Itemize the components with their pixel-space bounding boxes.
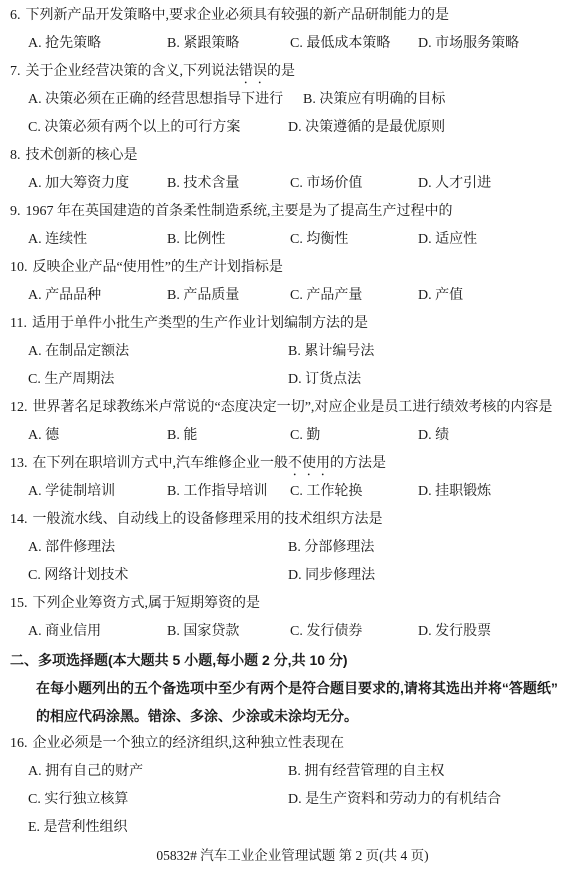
- question-stem-text: 一般流水线、自动线上的设备修理采用的技术组织方法是: [33, 512, 383, 527]
- answer-option: A. 拥有自己的财产: [28, 758, 288, 786]
- question-stem: 10.反映企业产品“使用性”的生产计划指标是: [0, 254, 585, 282]
- question-stem-text: 反映企业产品“使用性”的生产计划指标是: [33, 260, 283, 275]
- question-stem: 15.下列企业筹资方式,属于短期筹资的是: [0, 590, 585, 618]
- section-instructions-line: 在每小题列出的五个备选项中至少有两个是符合题目要求的,请将其选出并将“答题纸”: [0, 674, 585, 702]
- option-row: A. 拥有自己的财产B. 拥有经营管理的自主权: [0, 758, 585, 786]
- answer-option: D. 发行股票: [418, 618, 585, 646]
- section-instructions-line: 的相应代码涂黑。错涂、多涂、少涂或未涂均无分。: [0, 702, 585, 730]
- question-stem-text: 关于企业经营决策的含义,下列说法: [26, 64, 240, 79]
- option-row: C. 实行独立核算D. 是生产资料和劳动力的有机结合: [0, 786, 585, 814]
- option-row: A. 连续性B. 比例性C. 均衡性D. 适应性: [0, 226, 585, 254]
- question-stem: 12.世界著名足球教练米卢常说的“态度决定一切”,对应企业是员工进行绩效考核的内…: [0, 394, 585, 422]
- question-stem: 16.企业必须是一个独立的经济组织,这种独立性表现在: [0, 730, 585, 758]
- answer-option: A. 部件修理法: [28, 534, 288, 562]
- option-row: A. 决策必须在正确的经营思想指导下进行B. 决策应有明确的目标: [0, 86, 585, 114]
- question-stem-text: 下列企业筹资方式,属于短期筹资的是: [33, 596, 261, 611]
- answer-option: B. 拥有经营管理的自主权: [288, 758, 585, 786]
- option-row: A. 学徒制培训B. 工作指导培训C. 工作轮换D. 挂职锻炼: [0, 478, 585, 506]
- question-stem: 11.适用于单件小批生产类型的生产作业计划编制方法的是: [0, 310, 585, 338]
- answer-option: A. 商业信用: [28, 618, 167, 646]
- answer-option: C. 产品产量: [290, 282, 418, 310]
- answer-option: D. 适应性: [418, 226, 585, 254]
- answer-option: D. 挂职锻炼: [418, 478, 585, 506]
- question-number: 12.: [10, 400, 28, 415]
- answer-option: D. 市场服务策略: [418, 30, 585, 58]
- question-stem-text: 的是: [267, 64, 295, 79]
- question-stem-text: 世界著名足球教练米卢常说的“态度决定一切”,对应企业是员工进行绩效考核的内容是: [33, 400, 553, 415]
- answer-option: A. 学徒制培训: [28, 478, 167, 506]
- option-row: A. 商业信用B. 国家贷款C. 发行债券D. 发行股票: [0, 618, 585, 646]
- question-stem: 6.下列新产品开发策略中,要求企业必须具有较强的新产品研制能力的是: [0, 2, 585, 30]
- question-number: 11.: [10, 316, 27, 331]
- question-stem-text: 1967 年在英国建造的首条柔性制造系统,主要是为了提高生产过程中的: [26, 204, 453, 219]
- option-row: C. 网络计划技术D. 同步修理法: [0, 562, 585, 590]
- question-number: 15.: [10, 596, 28, 611]
- answer-option: C. 实行独立核算: [28, 786, 288, 814]
- question-number: 6.: [10, 8, 21, 23]
- answer-option: C. 均衡性: [290, 226, 418, 254]
- answer-option: D. 决策遵循的是最优原则: [288, 114, 585, 142]
- question-stem-text: 技术创新的核心是: [26, 148, 138, 163]
- exam-page: 6.下列新产品开发策略中,要求企业必须具有较强的新产品研制能力的是A. 抢先策略…: [0, 0, 585, 885]
- answer-option: C. 最低成本策略: [290, 30, 418, 58]
- page-footer: 05832# 汽车工业企业管理试题 第 2 页(共 4 页): [0, 842, 585, 870]
- question-number: 13.: [10, 456, 28, 471]
- answer-option: C. 工作轮换: [290, 478, 418, 506]
- answer-option: C. 生产周期法: [28, 366, 288, 394]
- answer-option: C. 发行债券: [290, 618, 418, 646]
- question-number: 10.: [10, 260, 28, 275]
- option-row: A. 加大筹资力度B. 技术含量C. 市场价值D. 人才引进: [0, 170, 585, 198]
- question-stem-text: 适用于单件小批生产类型的生产作业计划编制方法的是: [32, 316, 368, 331]
- option-row: A. 抢先策略B. 紧跟策略C. 最低成本策略D. 市场服务策略: [0, 30, 585, 58]
- question-stem-text: 下列新产品开发策略中,要求企业必须具有较强的新产品研制能力的是: [26, 8, 450, 23]
- answer-option: A. 产品品种: [28, 282, 167, 310]
- answer-option: B. 技术含量: [167, 170, 290, 198]
- question-stem-text: 的方法是: [330, 456, 386, 471]
- answer-option: E. 是营利性组织: [28, 814, 585, 842]
- question-stem-text: 在下列在职培训方式中,汽车维修企业一般: [33, 456, 289, 471]
- answer-option: B. 能: [167, 422, 290, 450]
- answer-option: A. 加大筹资力度: [28, 170, 167, 198]
- question-stem: 13.在下列在职培训方式中,汽车维修企业一般不使用的方法是: [0, 450, 585, 478]
- answer-option: B. 比例性: [167, 226, 290, 254]
- question-stem: 7.关于企业经营决策的含义,下列说法错误的是: [0, 58, 585, 86]
- answer-option: B. 国家贷款: [167, 618, 290, 646]
- answer-option: B. 紧跟策略: [167, 30, 290, 58]
- answer-option: A. 连续性: [28, 226, 167, 254]
- question-stem-text: 企业必须是一个独立的经济组织,这种独立性表现在: [33, 736, 345, 751]
- answer-option: D. 订货点法: [288, 366, 585, 394]
- answer-option: A. 在制品定额法: [28, 338, 288, 366]
- question-stem: 8.技术创新的核心是: [0, 142, 585, 170]
- answer-option: A. 决策必须在正确的经营思想指导下进行: [28, 86, 303, 114]
- answer-option: B. 累计编号法: [288, 338, 585, 366]
- question-number: 16.: [10, 736, 28, 751]
- question-stem: 9.1967 年在英国建造的首条柔性制造系统,主要是为了提高生产过程中的: [0, 198, 585, 226]
- section-heading: 二、多项选择题(本大题共 5 小题,每小题 2 分,共 10 分): [0, 646, 585, 674]
- answer-option: D. 产值: [418, 282, 585, 310]
- option-row: A. 产品品种B. 产品质量C. 产品产量D. 产值: [0, 282, 585, 310]
- answer-option: B. 分部修理法: [288, 534, 585, 562]
- answer-option: A. 抢先策略: [28, 30, 167, 58]
- option-row: C. 决策必须有两个以上的可行方案D. 决策遵循的是最优原则: [0, 114, 585, 142]
- answer-option: B. 工作指导培训: [167, 478, 290, 506]
- answer-option: C. 勤: [290, 422, 418, 450]
- question-number: 14.: [10, 512, 28, 527]
- question-stem-emphasized-text: 错误: [239, 64, 267, 79]
- question-list: 6.下列新产品开发策略中,要求企业必须具有较强的新产品研制能力的是A. 抢先策略…: [0, 2, 585, 842]
- answer-option: C. 网络计划技术: [28, 562, 288, 590]
- option-row: E. 是营利性组织: [0, 814, 585, 842]
- answer-option: C. 市场价值: [290, 170, 418, 198]
- option-row: A. 在制品定额法B. 累计编号法: [0, 338, 585, 366]
- answer-option: D. 同步修理法: [288, 562, 585, 590]
- question-stem-emphasized-text: 不使用: [288, 456, 330, 471]
- question-stem: 14.一般流水线、自动线上的设备修理采用的技术组织方法是: [0, 506, 585, 534]
- option-row: C. 生产周期法D. 订货点法: [0, 366, 585, 394]
- option-row: A. 部件修理法B. 分部修理法: [0, 534, 585, 562]
- question-number: 7.: [10, 64, 21, 79]
- answer-option: D. 是生产资料和劳动力的有机结合: [288, 786, 585, 814]
- answer-option: B. 决策应有明确的目标: [303, 86, 585, 114]
- option-row: A. 德B. 能C. 勤D. 绩: [0, 422, 585, 450]
- question-number: 9.: [10, 204, 21, 219]
- answer-option: D. 绩: [418, 422, 585, 450]
- answer-option: D. 人才引进: [418, 170, 585, 198]
- answer-option: B. 产品质量: [167, 282, 290, 310]
- answer-option: C. 决策必须有两个以上的可行方案: [28, 114, 288, 142]
- question-number: 8.: [10, 148, 21, 163]
- answer-option: A. 德: [28, 422, 167, 450]
